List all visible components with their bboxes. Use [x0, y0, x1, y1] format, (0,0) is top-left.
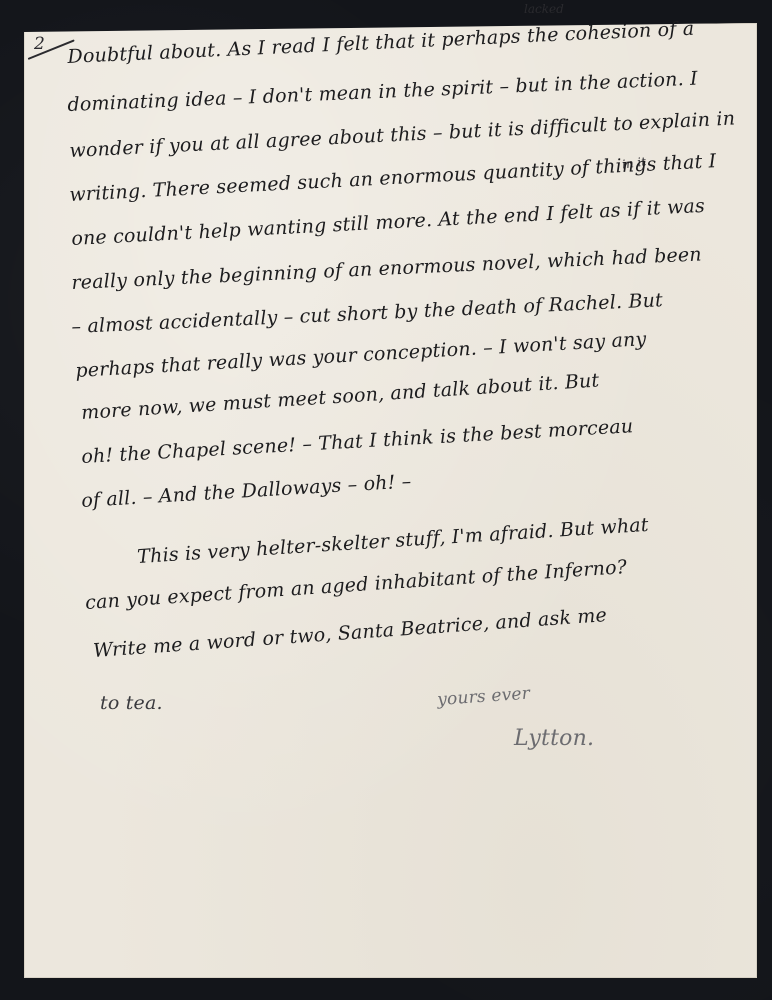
letter-line-15: to tea.	[100, 692, 163, 714]
insertion-lacked: lacked	[524, 2, 564, 16]
signature: Lytton.	[514, 726, 594, 751]
